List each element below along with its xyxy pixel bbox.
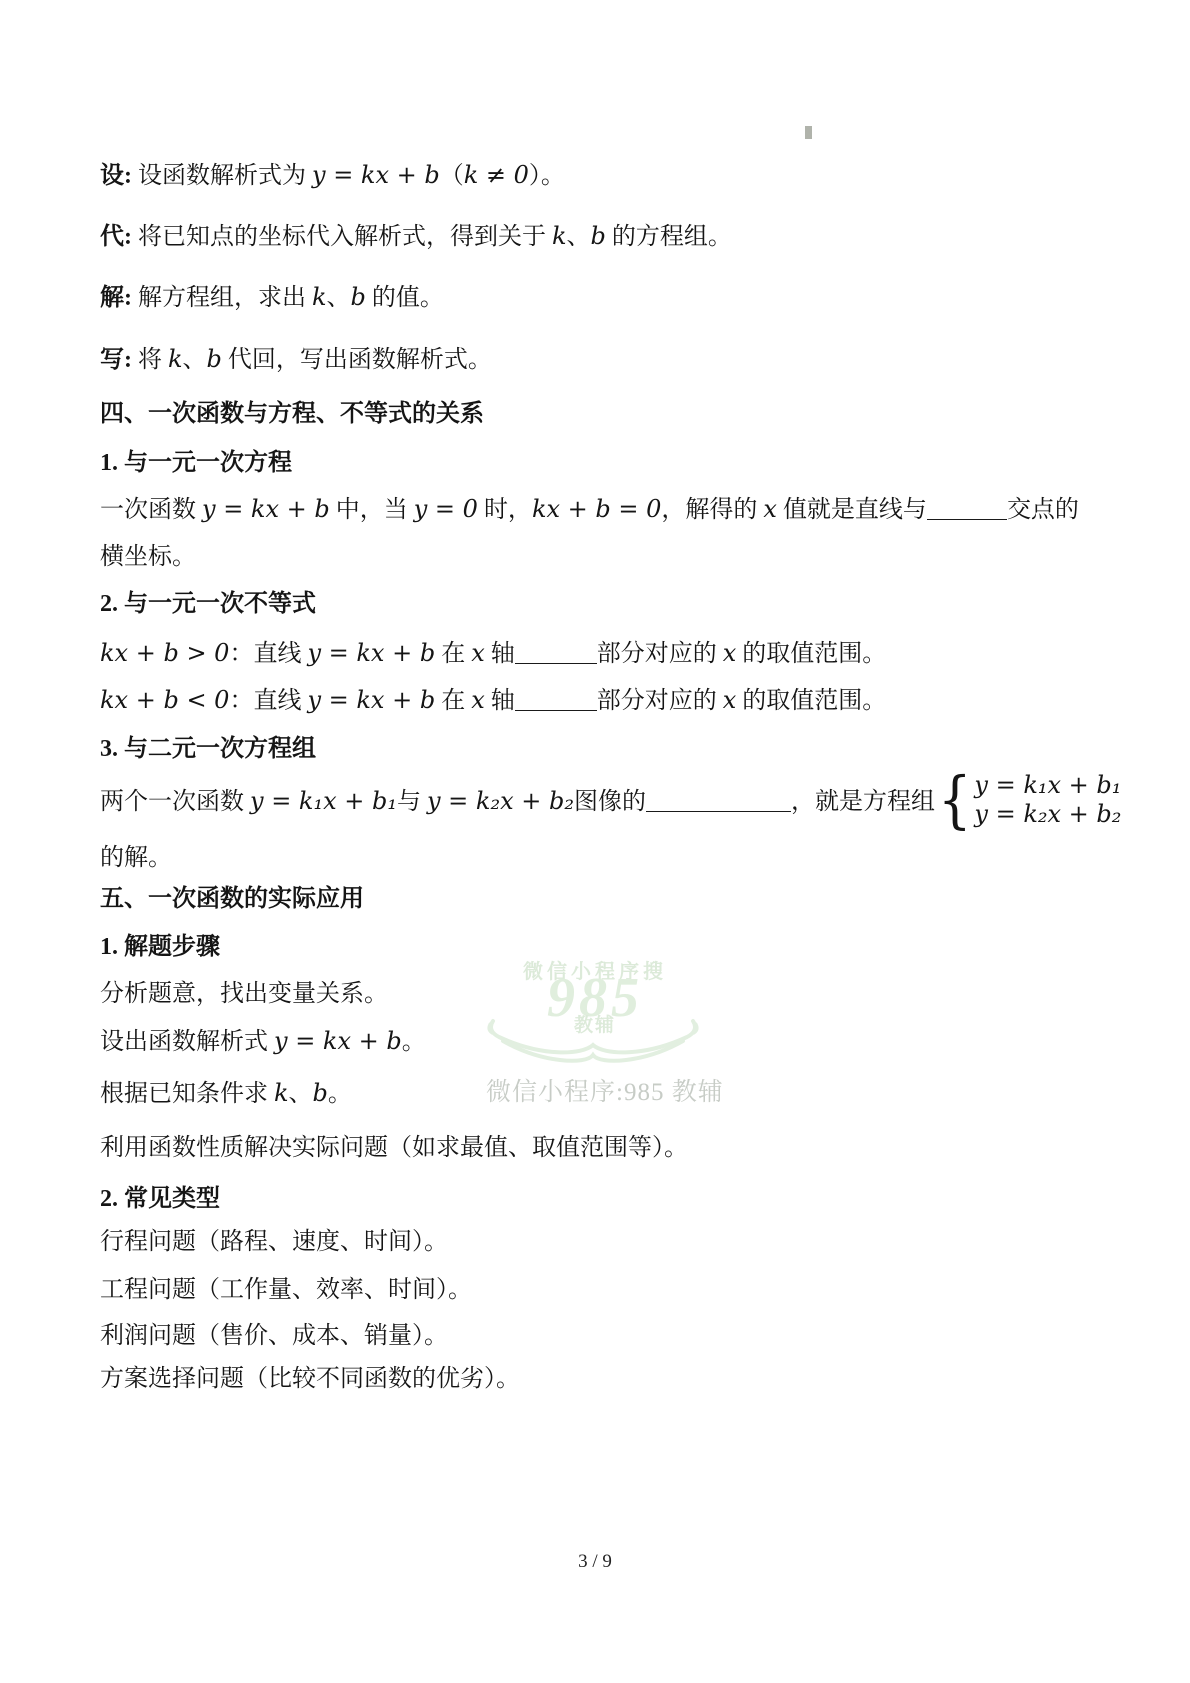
- page-artifact-mark: [805, 126, 812, 139]
- math-expression: x: [763, 495, 777, 523]
- bold-label: 解:: [100, 285, 132, 311]
- subheading-5-2: 2. 常见类型: [100, 1184, 1090, 1214]
- solution-step-2: 设出函数解析式 y = kx + b。: [100, 1026, 1090, 1057]
- system-equation-1: y = k₁x + b₁: [974, 771, 1121, 800]
- paragraph-system: 两个一次函数 y = k₁x + b₁与 y = k₂x + b₂图像的，就是方…: [100, 768, 1090, 832]
- blank-underline: [927, 495, 1007, 520]
- type-line-engineering: 工程问题（工作量、效率、时间）。: [100, 1275, 1090, 1305]
- math-expression: x: [471, 639, 485, 667]
- type-line-scheme: 方案选择问题（比较不同函数的优劣）。: [100, 1364, 1090, 1394]
- type-line-journey: 行程问题（路程、速度、时间）。: [100, 1227, 1090, 1257]
- document-page: 微信小程序搜 985 教辅 微信小程序:985 教辅 设: 设函数解析式为 y …: [0, 0, 1190, 1683]
- math-expression: k: [168, 345, 183, 373]
- page-number: 3 / 9: [0, 1551, 1190, 1573]
- math-expression: b: [313, 1079, 328, 1107]
- math-expression: x: [723, 639, 737, 667]
- math-expression: y = kx + b: [312, 161, 440, 189]
- math-expression: y = kx + b: [274, 1027, 402, 1055]
- bold-label: 写:: [100, 347, 132, 373]
- blank-underline: [515, 686, 597, 711]
- solution-step-4: 利用函数性质解决实际问题（如求最值、取值范围等）。: [100, 1133, 1090, 1163]
- step-line-solve: 解: 解方程组，求出 k、b 的值。: [100, 282, 1090, 313]
- math-expression: y = k₁x + b₁: [974, 771, 1121, 799]
- math-expression: y = kx + b: [307, 639, 435, 667]
- math-expression: y = 0: [414, 495, 478, 523]
- math-expression: x: [471, 686, 485, 714]
- inequality-line-negative: kx + b < 0：直线 y = kx + b 在 x 轴部分对应的 x 的取…: [100, 683, 1090, 716]
- math-expression: y = k₁x + b₁: [250, 787, 397, 815]
- math-expression: k: [552, 222, 567, 250]
- blank-underline: [646, 787, 791, 812]
- math-expression: b: [351, 283, 366, 311]
- paragraph-equation-line1: 一次函数 y = kx + b 中，当 y = 0 时，kx + b = 0，解…: [100, 492, 1090, 525]
- type-line-profit: 利润问题（售价、成本、销量）。: [100, 1321, 1090, 1351]
- math-expression: x: [723, 686, 737, 714]
- subheading-4-2: 2. 与一元一次不等式: [100, 589, 1090, 619]
- math-expression: y = k₂x + b₂: [974, 800, 1121, 828]
- math-expression: y = kx + b: [307, 686, 435, 714]
- math-expression: y = k₂x + b₂: [427, 787, 574, 815]
- section-heading-4: 四、一次函数与方程、不等式的关系: [100, 399, 1090, 429]
- math-expression: b: [591, 222, 606, 250]
- blank-underline: [515, 639, 597, 664]
- section-heading-5: 五、一次函数的实际应用: [100, 884, 1090, 914]
- system-intro-text: 两个一次函数 y = k₁x + b₁与 y = k₂x + b₂图像的，就是方…: [100, 784, 935, 817]
- bold-label: 设:: [100, 163, 132, 189]
- equation-system: { y = k₁x + b₁ y = k₂x + b₂: [935, 770, 1121, 830]
- math-expression: y = kx + b: [202, 495, 330, 523]
- math-expression: kx + b > 0: [100, 639, 229, 667]
- step-line-set: 设: 设函数解析式为 y = kx + b（k ≠ 0）。: [100, 160, 1090, 191]
- step-line-write: 写: 将 k、b 代回，写出函数解析式。: [100, 344, 1090, 375]
- inequality-line-positive: kx + b > 0：直线 y = kx + b 在 x 轴部分对应的 x 的取…: [100, 636, 1090, 669]
- system-equation-2: y = k₂x + b₂: [974, 800, 1121, 829]
- bold-label: 代:: [100, 224, 132, 250]
- subheading-5-1: 1. 解题步骤: [100, 932, 1090, 962]
- math-expression: k: [312, 283, 327, 311]
- subheading-4-3: 3. 与二元一次方程组: [100, 734, 1090, 764]
- math-expression: kx + b < 0: [100, 686, 229, 714]
- math-expression: kx + b = 0: [532, 495, 661, 523]
- paragraph-system-tail: 的解。: [100, 843, 1090, 873]
- math-expression: k ≠ 0: [464, 161, 529, 189]
- system-brace: {: [938, 770, 972, 830]
- solution-step-3: 根据已知条件求 k、b。: [100, 1078, 1090, 1109]
- paragraph-equation-line2: 横坐标。: [100, 542, 1090, 572]
- math-expression: b: [207, 345, 222, 373]
- step-line-substitute: 代: 将已知点的坐标代入解析式，得到关于 k、b 的方程组。: [100, 221, 1090, 252]
- solution-step-1: 分析题意，找出变量关系。: [100, 979, 1090, 1009]
- math-expression: k: [274, 1079, 289, 1107]
- subheading-4-1: 1. 与一元一次方程: [100, 448, 1090, 478]
